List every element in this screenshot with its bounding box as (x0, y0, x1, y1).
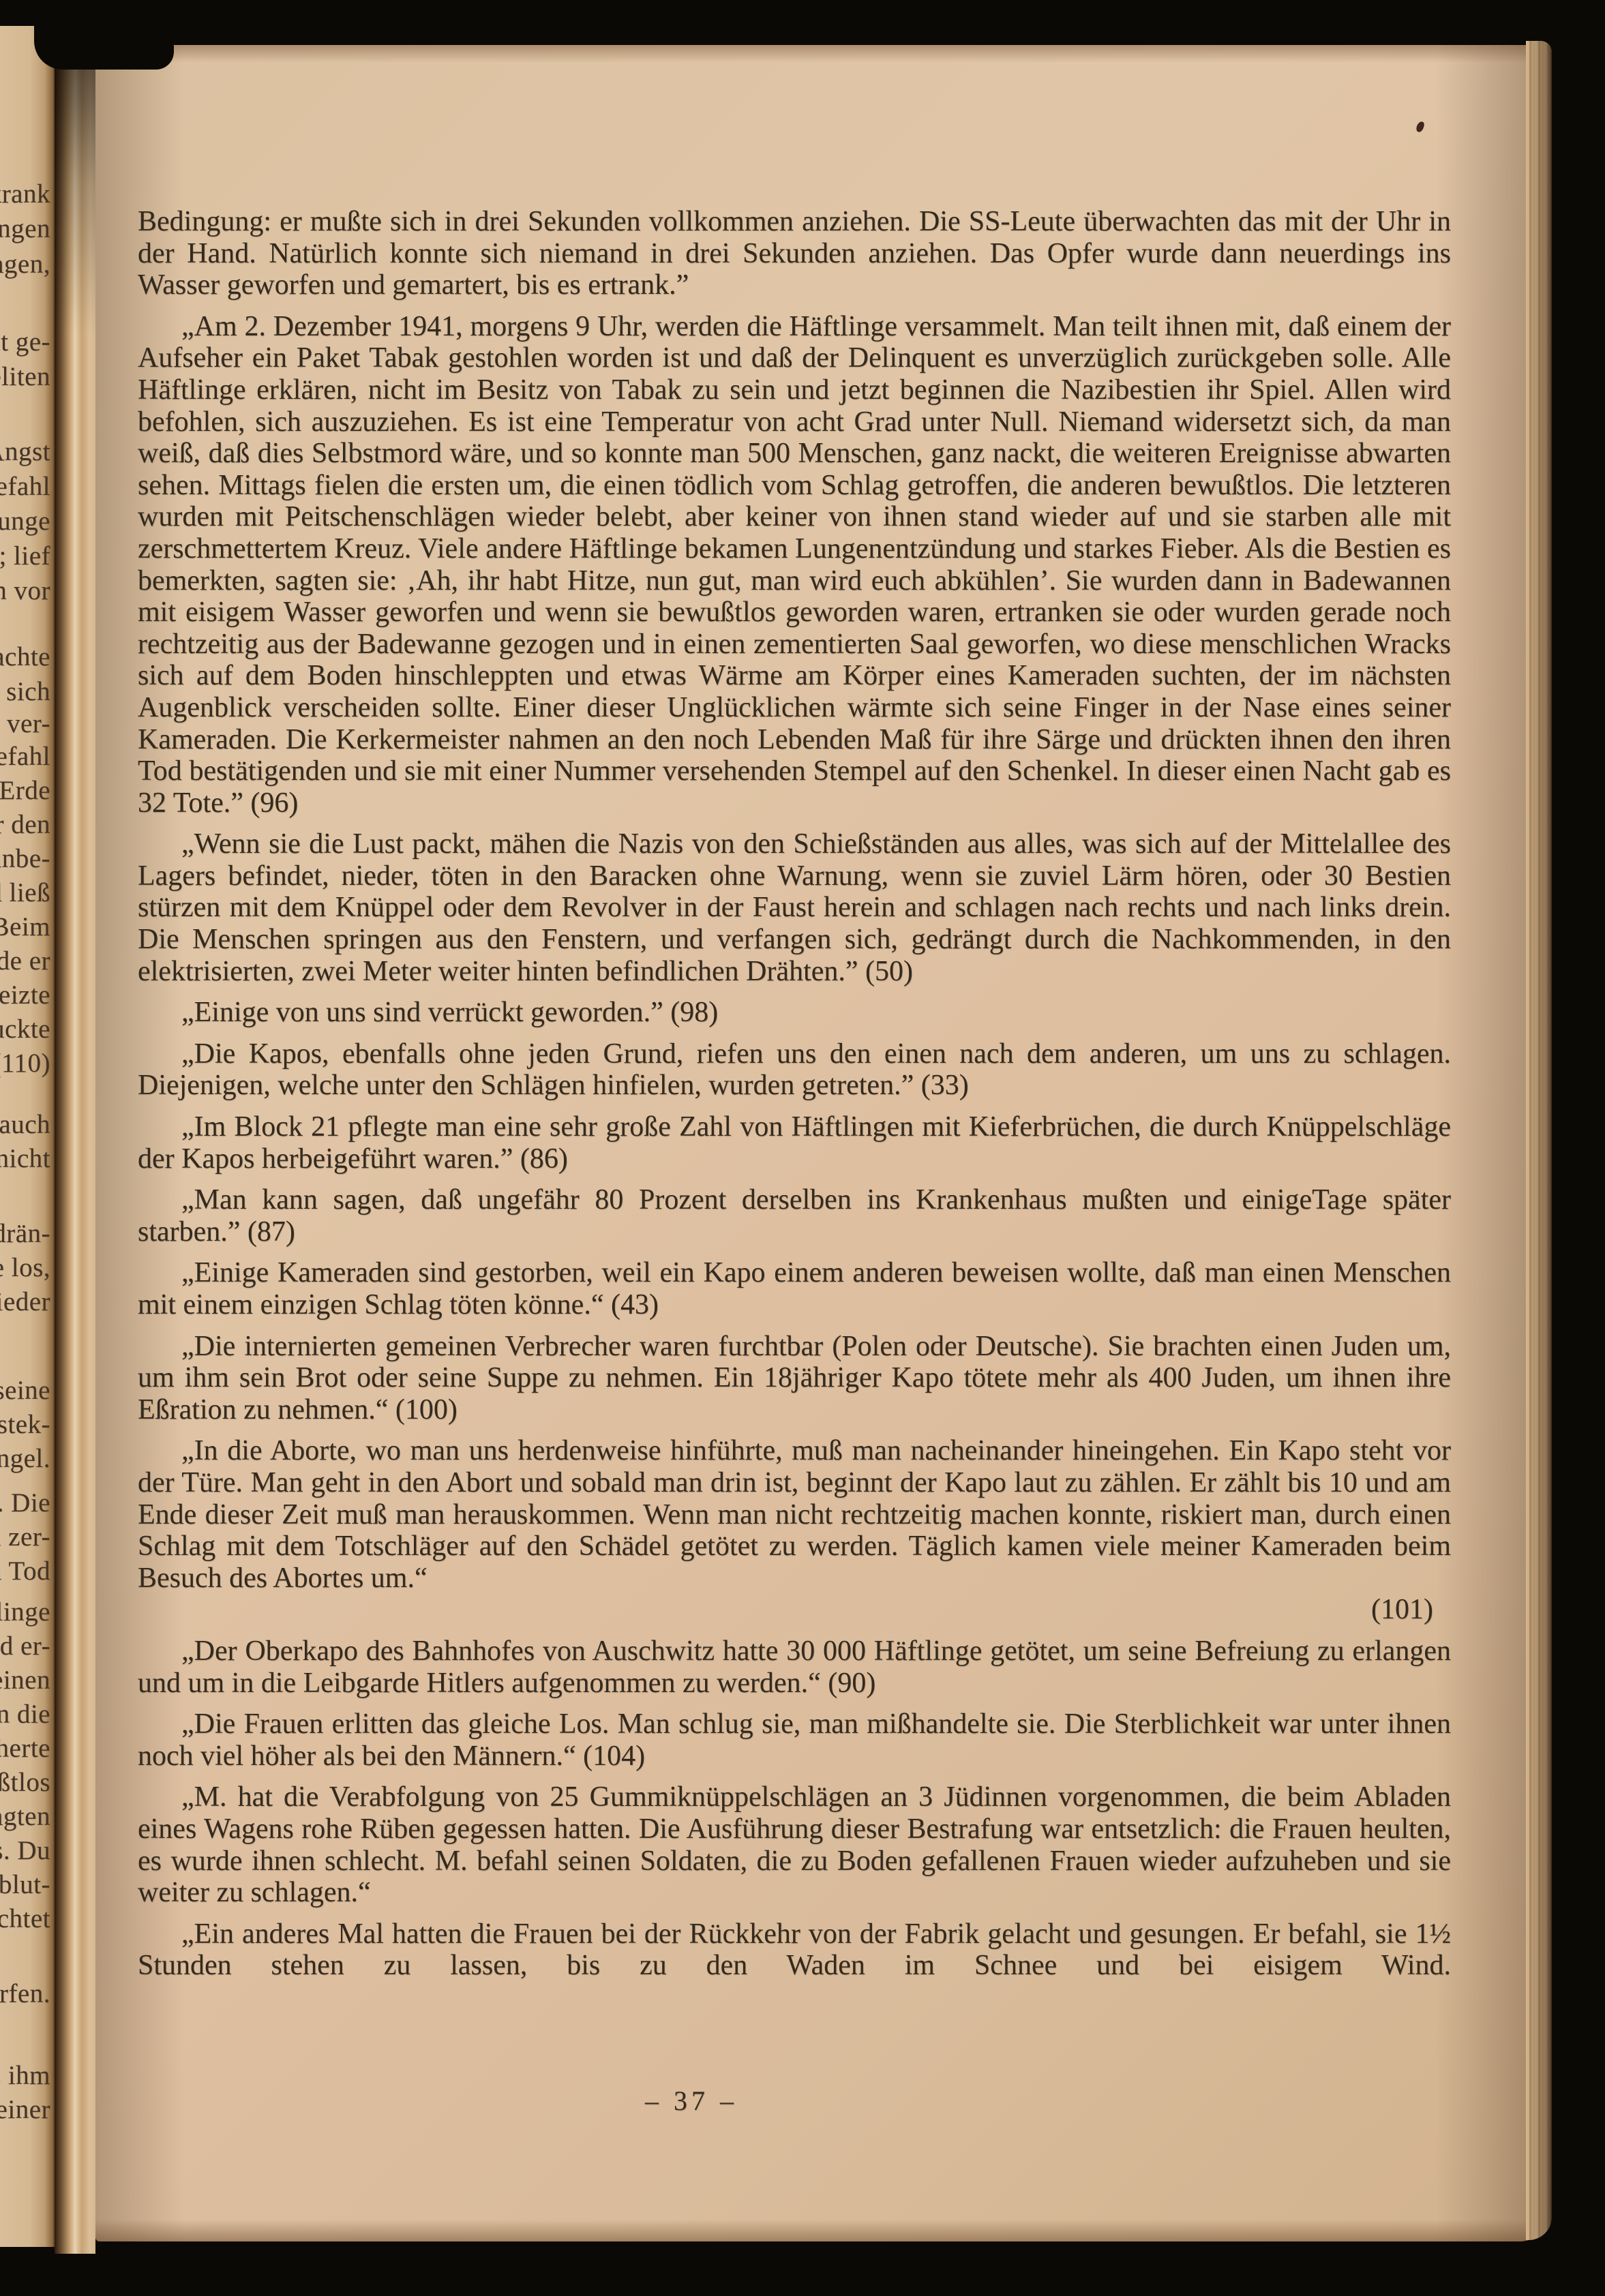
margin-text-fragment: eits. Du (0, 1837, 50, 1864)
body-paragraph: „Der Oberkapo des Bahnhofes von Auschwit… (138, 1635, 1451, 1699)
page-edge-stack (1526, 41, 1552, 2240)
body-paragraph: „Wenn sie die Lust packt, mähen die Nazi… (138, 828, 1451, 987)
body-paragraph: „Die internierten gemeinen Verbrecher wa… (138, 1331, 1451, 1426)
page-number: – 37 – (645, 2085, 738, 2117)
margin-text-fragment: nd ließ (0, 879, 50, 906)
margin-text-fragment: Beim (0, 913, 50, 940)
margin-text-fragment: eliten (0, 363, 50, 390)
margin-text-fragment: h drän- (0, 1220, 50, 1247)
margin-text-fragment: u stek- (0, 1411, 50, 1438)
margin-text-fragment: ei; lief (0, 543, 50, 569)
margin-text-fragment: llen die (0, 1701, 50, 1727)
page-text-block: Bedingung: er mußte sich in drei Sekunde… (138, 45, 1451, 1982)
margin-text-fragment: Angst (0, 438, 50, 465)
margin-text-fragment: (110) (0, 1050, 50, 1076)
margin-text-fragment: unbe- (0, 845, 50, 872)
margin-text-fragment: ber den (0, 811, 50, 838)
margin-text-fragment: hn vor (0, 577, 50, 604)
margin-text-fragment: befahl (0, 743, 50, 770)
book-gutter-fold (55, 20, 95, 2254)
margin-text-fragment: es nicht (0, 1145, 50, 1172)
body-paragraph: „Im Block 21 pflegte man eine sehr große… (138, 1111, 1451, 1175)
book-page: Bedingung: er mußte sich in drei Sekunde… (95, 45, 1552, 2241)
body-paragraph: „Ein anderes Mal hatten die Frauen bei d… (138, 1918, 1451, 1982)
margin-text-fragment: wieder (0, 1288, 50, 1315)
margin-text-fragment: ne blut- (0, 1871, 50, 1898)
margin-text-fragment: rte sich (0, 678, 50, 705)
margin-text-fragment: nde los, (0, 1254, 50, 1281)
margin-text-fragment: m Tod (0, 1558, 50, 1584)
margin-text-fragment: eworfen. (0, 1980, 50, 2007)
margin-text-fragment: rde er (0, 948, 50, 974)
margin-text-fragment: ter einer (0, 2096, 50, 2123)
margin-text-fragment: puckte (0, 1016, 50, 1042)
margin-text-fragment: r Erde (0, 777, 50, 804)
margin-text-fragment: Mangel. (0, 1445, 50, 1472)
body-paragraph: „Einige von uns sind verrückt geworden.”… (138, 997, 1451, 1029)
margin-text-fragment: trachtet (0, 1905, 50, 1932)
margin-text-fragment: junge (0, 508, 50, 534)
margin-text-fragment: und er- (0, 1633, 50, 1659)
margin-text-fragment: nd ver- (0, 710, 50, 737)
left-page-edge: krankangensagen,ht ge-elitenAngstbefahlj… (0, 26, 55, 2247)
margin-text-fragment: wußtlos (0, 1769, 50, 1796)
book-scan-photo: krankangensagen,ht ge-elitenAngstbefahlj… (0, 0, 1605, 2296)
margin-text-fragment: krank (0, 181, 50, 207)
margin-text-fragment: preizte (0, 982, 50, 1008)
reference-number-line: (101) (138, 1594, 1451, 1626)
margin-text-fragment: sagten (0, 1803, 50, 1830)
margin-text-fragment: befahl (0, 473, 50, 500)
margin-text-fragment: angen (0, 215, 50, 242)
margin-text-fragment: wachte (0, 644, 50, 670)
cover-shadow (34, 0, 174, 70)
body-paragraph: „Die Frauen erlitten das gleiche Los. Ma… (138, 1708, 1451, 1772)
body-paragraph: „M. hat die Verabfolgung von 25 Gummiknü… (138, 1781, 1451, 1908)
margin-text-fragment: t. Die (0, 1490, 50, 1516)
margin-text-fragment: seinen (0, 1667, 50, 1693)
body-paragraph: „Einige Kameraden sind gestorben, weil e… (138, 1257, 1451, 1320)
body-paragraph: „Man kann sagen, daß ungefähr 80 Prozent… (138, 1184, 1451, 1248)
margin-text-fragment: äftlinge (0, 1599, 50, 1625)
margin-text-fragment: es ihm (0, 2062, 50, 2089)
margin-text-fragment: ie auch (0, 1111, 50, 1138)
body-paragraph: „Die Kapos, ebenfalls ohne jeden Grund, … (138, 1038, 1451, 1102)
margin-text-fragment: näherte (0, 1735, 50, 1762)
body-paragraph: „Am 2. Dezember 1941, morgens 9 Uhr, wer… (138, 311, 1451, 819)
margin-text-fragment: n, seine (0, 1377, 50, 1404)
body-paragraph: Bedingung: er mußte sich in drei Sekunde… (138, 206, 1451, 301)
margin-text-fragment: ht ge- (0, 329, 50, 355)
margin-text-fragment: rm zer- (0, 1524, 50, 1550)
body-paragraph: „In die Aborte, wo man uns herdenweise h… (138, 1435, 1451, 1594)
margin-text-fragment: sagen, (0, 251, 50, 277)
